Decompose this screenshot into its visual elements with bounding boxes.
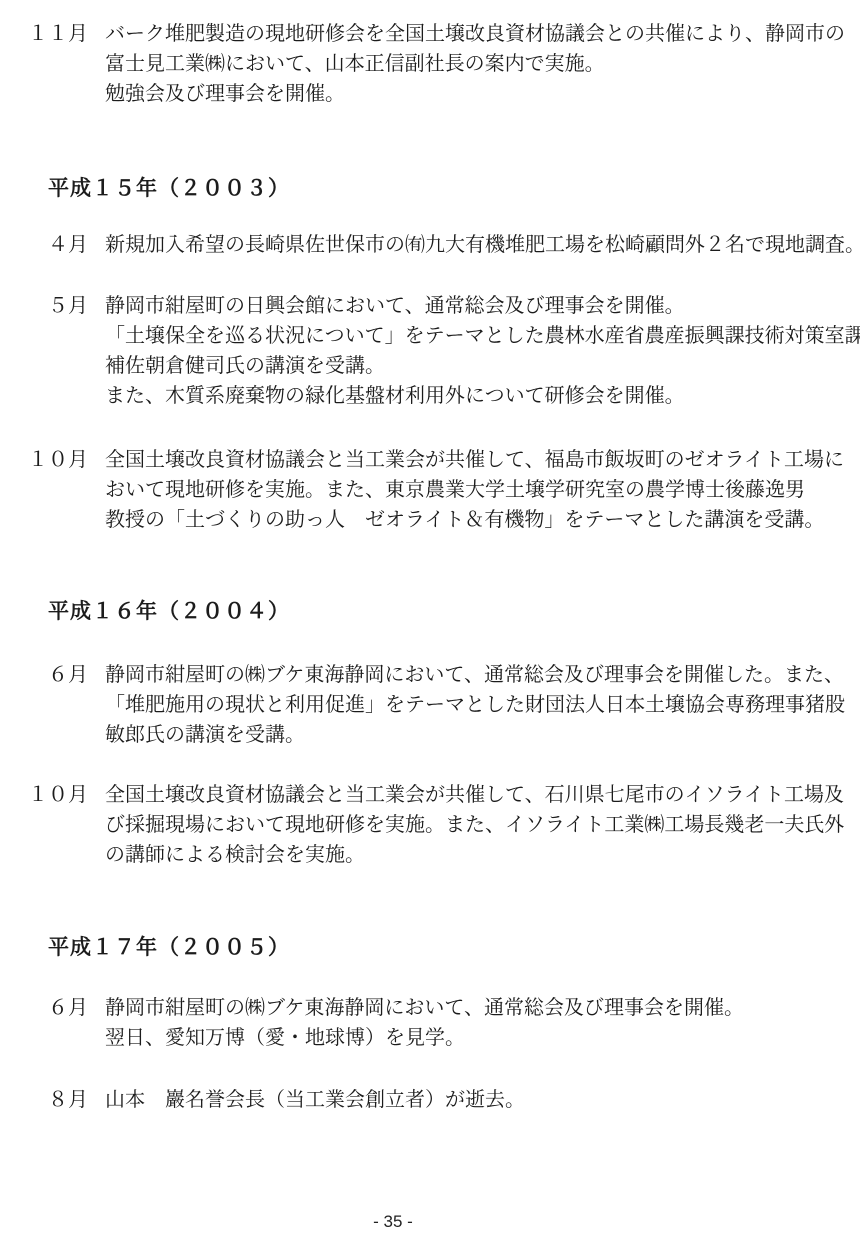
entry-body: 全国土壌改良資材協議会と当工業会が共催して、福島市飯坂町のゼオライト工場に おい… bbox=[105, 444, 844, 534]
year-heading: 平成１６年（２００４） bbox=[48, 596, 860, 626]
entry-line: 山本 巖名誉会長（当工業会創立者）が逝去。 bbox=[105, 1084, 525, 1114]
page-number: - 35 - bbox=[373, 1212, 413, 1231]
entry-line: おいて現地研修を実施。また、東京農業大学土壌学研究室の農学博士後藤逸男 bbox=[105, 474, 844, 504]
entry-line: 静岡市紺屋町の㈱ブケ東海静岡において、通常総会及び理事会を開催。 bbox=[105, 992, 744, 1022]
entry-line: 全国土壌改良資材協議会と当工業会が共催して、福島市飯坂町のゼオライト工場に bbox=[105, 444, 844, 474]
document-page: １１月 バーク堆肥製造の現地研修会を全国土壌改良資材協議会との共催により、静岡市… bbox=[0, 0, 860, 1252]
entry-line: 新規加入希望の長崎県佐世保市の㈲九大有機堆肥工場を松崎顧問外２名で現地調査。 bbox=[105, 229, 860, 259]
entry-line: 全国土壌改良資材協議会と当工業会が共催して、石川県七尾市のイソライト工場及 bbox=[105, 779, 844, 809]
entry-line: 勉強会及び理事会を開催。 bbox=[105, 78, 845, 108]
entry-line: 静岡市紺屋町の㈱ブケ東海静岡において、通常総会及び理事会を開催した。また、 bbox=[105, 659, 845, 689]
timeline-entry: ４月 新規加入希望の長崎県佐世保市の㈲九大有機堆肥工場を松崎顧問外２名で現地調査… bbox=[0, 229, 860, 259]
timeline-entry: １０月 全国土壌改良資材協議会と当工業会が共催して、石川県七尾市のイソライト工場… bbox=[0, 779, 860, 869]
entry-body: 全国土壌改良資材協議会と当工業会が共催して、石川県七尾市のイソライト工場及 び採… bbox=[105, 779, 844, 869]
entry-line: 静岡市紺屋町の日興会館において、通常総会及び理事会を開催。 bbox=[105, 290, 860, 320]
entry-month-label: １０月 bbox=[0, 779, 88, 809]
entry-body: 静岡市紺屋町の㈱ブケ東海静岡において、通常総会及び理事会を開催した。また、 「堆… bbox=[105, 659, 845, 749]
entry-line: 「堆肥施用の現状と利用促進」をテーマとした財団法人日本土壌協会専務理事猪股 bbox=[105, 689, 845, 719]
entry-month-label: ８月 bbox=[0, 1084, 88, 1114]
timeline-entry: ６月 静岡市紺屋町の㈱ブケ東海静岡において、通常総会及び理事会を開催。 翌日、愛… bbox=[0, 992, 860, 1052]
entry-line: また、木質系廃棄物の緑化基盤材利用外について研修会を開催。 bbox=[105, 380, 860, 410]
timeline-entry: １０月 全国土壌改良資材協議会と当工業会が共催して、福島市飯坂町のゼオライト工場… bbox=[0, 444, 860, 534]
entry-body: バーク堆肥製造の現地研修会を全国土壌改良資材協議会との共催により、静岡市の 富士… bbox=[105, 18, 845, 108]
entry-body: 静岡市紺屋町の㈱ブケ東海静岡において、通常総会及び理事会を開催。 翌日、愛知万博… bbox=[105, 992, 744, 1052]
entry-line: バーク堆肥製造の現地研修会を全国土壌改良資材協議会との共催により、静岡市の bbox=[105, 18, 845, 48]
entry-month-label: ４月 bbox=[0, 229, 88, 259]
timeline-entry: １１月 バーク堆肥製造の現地研修会を全国土壌改良資材協議会との共催により、静岡市… bbox=[0, 18, 860, 108]
timeline-entry: ８月 山本 巖名誉会長（当工業会創立者）が逝去。 bbox=[0, 1084, 860, 1114]
timeline-entry: ６月 静岡市紺屋町の㈱ブケ東海静岡において、通常総会及び理事会を開催した。また、… bbox=[0, 659, 860, 749]
page-footer: - 35 - bbox=[0, 1212, 786, 1232]
year-heading: 平成１５年（２００３） bbox=[48, 173, 860, 203]
timeline-entry: ５月 静岡市紺屋町の日興会館において、通常総会及び理事会を開催。 「土壌保全を巡… bbox=[0, 290, 860, 410]
entry-body: 静岡市紺屋町の日興会館において、通常総会及び理事会を開催。 「土壌保全を巡る状況… bbox=[105, 290, 860, 410]
entry-line: 「土壌保全を巡る状況について」をテーマとした農林水産省農産振興課技術対策室課長 bbox=[105, 320, 860, 350]
entry-line: 富士見工業㈱において、山本正信副社長の案内で実施。 bbox=[105, 48, 845, 78]
entry-line: び採掘現場において現地研修を実施。また、イソライト工業㈱工場長幾老一夫氏外 bbox=[105, 809, 844, 839]
entry-month-label: ６月 bbox=[0, 659, 88, 689]
entry-line: 補佐朝倉健司氏の講演を受講。 bbox=[105, 350, 860, 380]
year-heading: 平成１７年（２００５） bbox=[48, 932, 860, 962]
entry-month-label: １０月 bbox=[0, 444, 88, 474]
entry-body: 新規加入希望の長崎県佐世保市の㈲九大有機堆肥工場を松崎顧問外２名で現地調査。 bbox=[105, 229, 860, 259]
entry-line: 翌日、愛知万博（愛・地球博）を見学。 bbox=[105, 1022, 744, 1052]
entry-month-label: １１月 bbox=[0, 18, 88, 48]
entry-line: の講師による検討会を実施。 bbox=[105, 839, 844, 869]
entry-line: 敏郎氏の講演を受講。 bbox=[105, 719, 845, 749]
entry-body: 山本 巖名誉会長（当工業会創立者）が逝去。 bbox=[105, 1084, 525, 1114]
entry-month-label: ５月 bbox=[0, 290, 88, 320]
entry-line: 教授の「土づくりの助っ人 ゼオライト＆有機物」をテーマとした講演を受講。 bbox=[105, 504, 844, 534]
page-content: １１月 バーク堆肥製造の現地研修会を全国土壌改良資材協議会との共催により、静岡市… bbox=[0, 0, 860, 1114]
entry-month-label: ６月 bbox=[0, 992, 88, 1022]
